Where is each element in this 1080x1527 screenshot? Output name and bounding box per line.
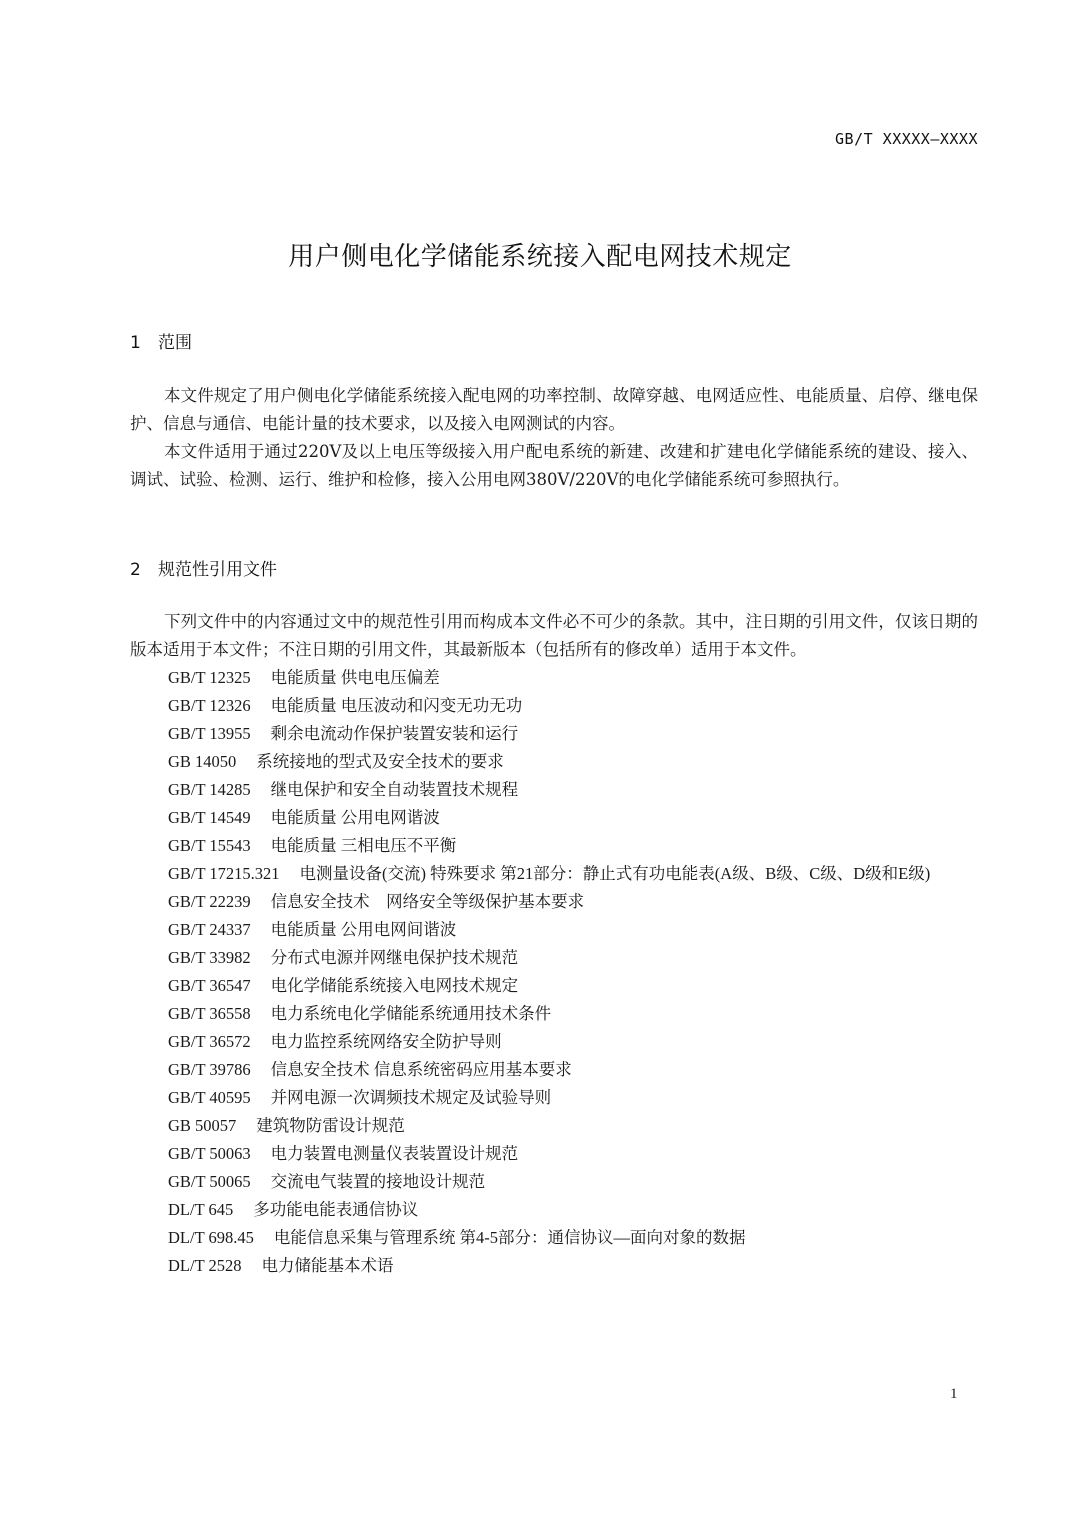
- reference-code: GB/T 50065: [168, 1172, 251, 1191]
- reference-code: GB/T 12325: [168, 668, 251, 687]
- reference-item: GB/T 17215.321电测量设备(交流) 特殊要求 第21部分：静止式有功…: [130, 860, 978, 888]
- reference-code: GB/T 14285: [168, 780, 251, 799]
- section-title: 规范性引用文件: [158, 560, 277, 580]
- reference-item: GB/T 33982分布式电源并网继电保护技术规范: [130, 944, 978, 972]
- reference-item: GB/T 12326电能质量 电压波动和闪变无功无功: [130, 692, 978, 720]
- reference-code: GB/T 14549: [168, 808, 251, 827]
- reference-title: 电能质量 三相电压不平衡: [271, 836, 457, 855]
- reference-code: GB/T 36547: [168, 976, 251, 995]
- reference-title: 电能质量 电压波动和闪变无功无功: [271, 696, 523, 715]
- reference-item: GB/T 36558电力系统电化学储能系统通用技术条件: [130, 1000, 978, 1028]
- reference-item: GB/T 36572电力监控系统网络安全防护导则: [130, 1028, 978, 1056]
- reference-item: GB 14050系统接地的型式及安全技术的要求: [130, 748, 978, 776]
- reference-code: GB/T 36572: [168, 1032, 251, 1051]
- reference-code: GB/T 13955: [168, 724, 251, 743]
- reference-code: GB/T 40595: [168, 1088, 251, 1107]
- scope-paragraph-1: 本文件规定了用户侧电化学储能系统接入配电网的功率控制、故障穿越、电网适应性、电能…: [130, 382, 978, 438]
- reference-code: GB/T 17215.321: [168, 864, 280, 883]
- reference-code: GB/T 50063: [168, 1144, 251, 1163]
- reference-item: GB/T 12325电能质量 供电电压偏差: [130, 664, 978, 692]
- document-title: 用户侧电化学储能系统接入配电网技术规定: [0, 236, 1080, 273]
- reference-title: 剩余电流动作保护装置安装和运行: [271, 724, 519, 743]
- reference-item: GB/T 50063电力装置电测量仪表装置设计规范: [130, 1140, 978, 1168]
- reference-title: 电能质量 公用电网间谐波: [271, 920, 457, 939]
- reference-list: GB/T 12325电能质量 供电电压偏差 GB/T 12326电能质量 电压波…: [130, 664, 978, 1280]
- reference-title: 电力装置电测量仪表装置设计规范: [271, 1144, 519, 1163]
- reference-item: GB/T 13955剩余电流动作保护装置安装和运行: [130, 720, 978, 748]
- reference-item: GB/T 50065交流电气装置的接地设计规范: [130, 1168, 978, 1196]
- document-code: GB/T XXXXX—XXXX: [835, 130, 978, 148]
- reference-title: 电测量设备(交流) 特殊要求 第21部分：静止式有功电能表(A级、B级、C级、D…: [300, 864, 931, 883]
- section-heading-normative-references: 2规范性引用文件: [130, 555, 277, 580]
- reference-code: GB/T 12326: [168, 696, 251, 715]
- reference-title: 交流电气装置的接地设计规范: [271, 1172, 486, 1191]
- reference-item: DL/T 698.45电能信息采集与管理系统 第4-5部分：通信协议—面向对象的…: [130, 1224, 978, 1252]
- reference-code: DL/T 645: [168, 1200, 233, 1219]
- reference-title: 电力监控系统网络安全防护导则: [271, 1032, 502, 1051]
- reference-title: 建筑物防雷设计规范: [256, 1116, 405, 1135]
- reference-item: GB/T 24337电能质量 公用电网间谐波: [130, 916, 978, 944]
- reference-title: 电能质量 供电电压偏差: [271, 668, 440, 687]
- scope-paragraph-2: 本文件适用于通过220V及以上电压等级接入用户配电系统的新建、改建和扩建电化学储…: [130, 438, 978, 494]
- reference-code: GB/T 24337: [168, 920, 251, 939]
- page-number: 1: [950, 1386, 958, 1403]
- reference-code: GB/T 36558: [168, 1004, 251, 1023]
- reference-title: 分布式电源并网继电保护技术规范: [271, 948, 519, 967]
- reference-item: GB/T 36547电化学储能系统接入电网技术规定: [130, 972, 978, 1000]
- section-number: 1: [130, 333, 158, 353]
- reference-item: DL/T 2528电力储能基本术语: [130, 1252, 978, 1280]
- reference-title: 继电保护和安全自动装置技术规程: [271, 780, 519, 799]
- section-heading-scope: 1范围: [130, 328, 192, 353]
- references-intro-paragraph: 下列文件中的内容通过文中的规范性引用而构成本文件必不可少的条款。其中，注日期的引…: [130, 608, 978, 664]
- reference-code: GB/T 22239: [168, 892, 251, 911]
- section-title: 范围: [158, 333, 192, 353]
- reference-code: GB/T 39786: [168, 1060, 251, 1079]
- reference-title: 电力储能基本术语: [262, 1256, 394, 1275]
- reference-title: 信息安全技术 网络安全等级保护基本要求: [271, 892, 585, 911]
- reference-code: GB/T 15543: [168, 836, 251, 855]
- reference-item: GB/T 14285继电保护和安全自动装置技术规程: [130, 776, 978, 804]
- reference-code: DL/T 698.45: [168, 1228, 254, 1247]
- reference-title: 电能质量 公用电网谐波: [271, 808, 440, 827]
- reference-item: GB/T 15543电能质量 三相电压不平衡: [130, 832, 978, 860]
- reference-item: GB/T 14549电能质量 公用电网谐波: [130, 804, 978, 832]
- reference-item: GB 50057建筑物防雷设计规范: [130, 1112, 978, 1140]
- reference-item: GB/T 22239信息安全技术 网络安全等级保护基本要求: [130, 888, 978, 916]
- reference-title: 电能信息采集与管理系统 第4-5部分：通信协议—面向对象的数据: [274, 1228, 746, 1247]
- reference-code: GB/T 33982: [168, 948, 251, 967]
- section-number: 2: [130, 560, 158, 580]
- reference-code: DL/T 2528: [168, 1256, 242, 1275]
- reference-title: 多功能电能表通信协议: [253, 1200, 418, 1219]
- reference-title: 并网电源一次调频技术规定及试验导则: [271, 1088, 552, 1107]
- reference-title: 信息安全技术 信息系统密码应用基本要求: [271, 1060, 572, 1079]
- reference-title: 系统接地的型式及安全技术的要求: [256, 752, 504, 771]
- reference-item: GB/T 40595并网电源一次调频技术规定及试验导则: [130, 1084, 978, 1112]
- reference-title: 电力系统电化学储能系统通用技术条件: [271, 1004, 552, 1023]
- reference-title: 电化学储能系统接入电网技术规定: [271, 976, 519, 995]
- reference-item: GB/T 39786信息安全技术 信息系统密码应用基本要求: [130, 1056, 978, 1084]
- reference-code: GB 50057: [168, 1116, 236, 1135]
- reference-item: DL/T 645多功能电能表通信协议: [130, 1196, 978, 1224]
- reference-code: GB 14050: [168, 752, 236, 771]
